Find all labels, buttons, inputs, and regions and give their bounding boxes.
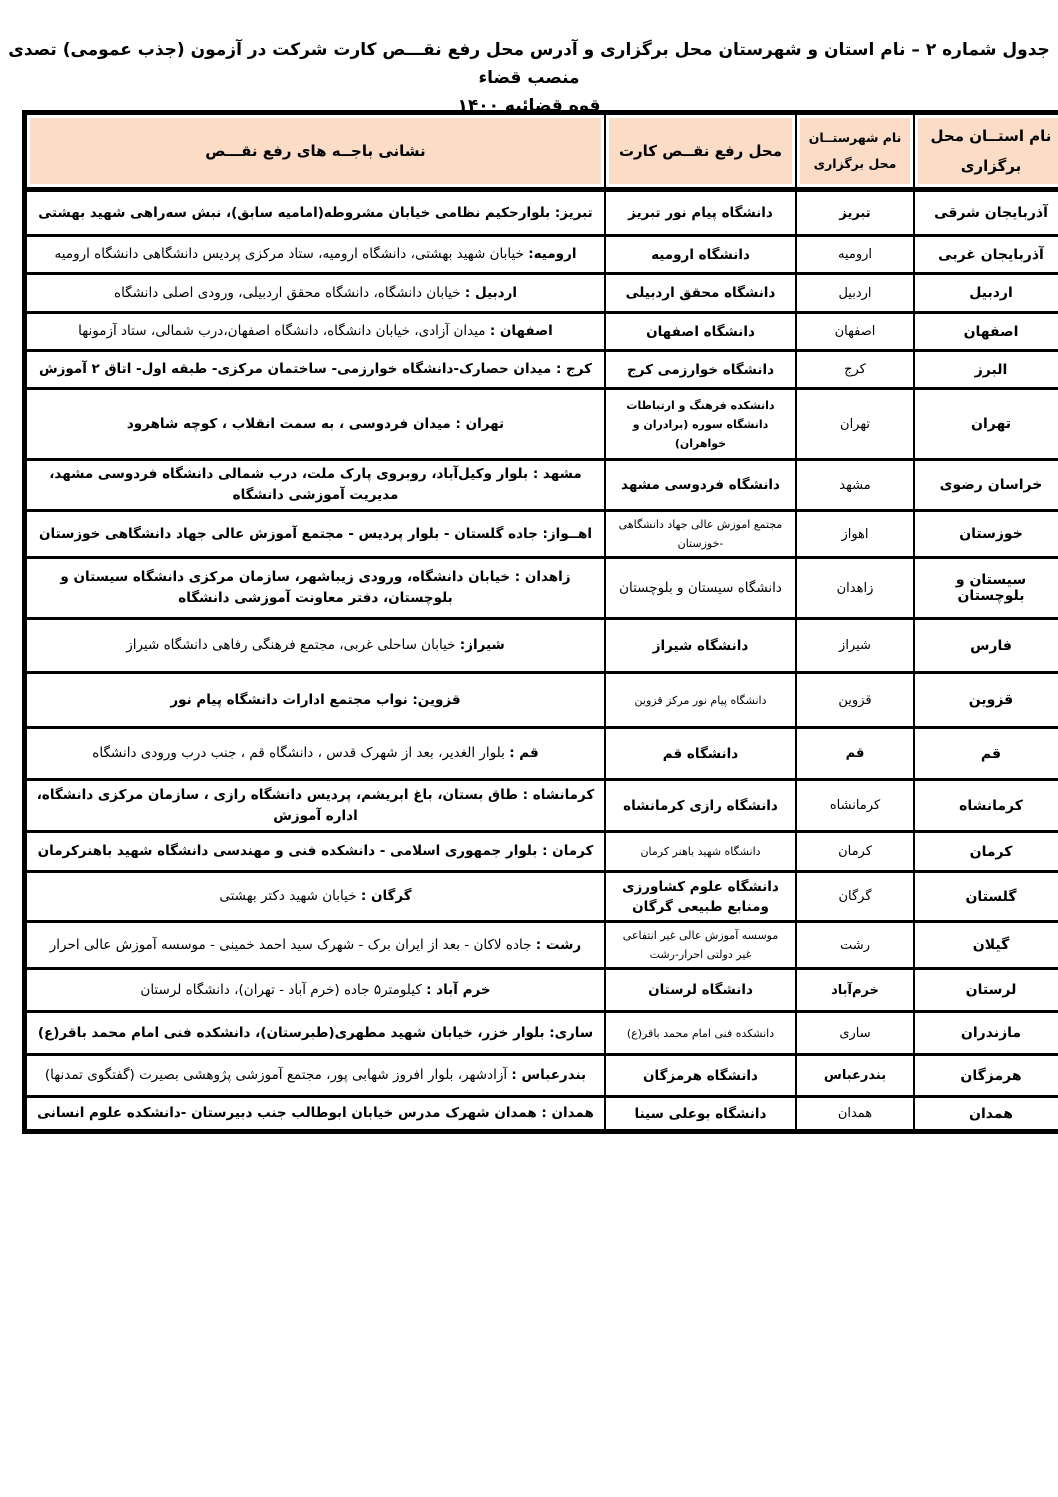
table-row: خوزستاناهوازمجتمع اموزش عالی جهاد دانشگا…: [25, 511, 1058, 558]
address-city-label: خرم آباد :: [426, 982, 491, 998]
cell-booth-address: خرم آباد : کیلومتر۵ جاده (خرم آباد - تهر…: [25, 969, 606, 1012]
cell-province: گلستان: [914, 872, 1058, 922]
address-text: خیابان شهید دکتر بهشتی: [219, 888, 361, 904]
cell-booth-address: رشت : جاده لاکان - بعد از ایران برک - شه…: [25, 922, 606, 969]
cell-province: همدان: [914, 1097, 1058, 1132]
address-city-label: اصفهان :: [490, 323, 553, 339]
cell-defect-fix-location: دانشگاه فردوسی مشهد: [605, 460, 796, 511]
cell-city: تبریز: [796, 190, 914, 236]
cell-booth-address: ساری: بلوار خزر، خیابان شهید مطهری(طبرست…: [25, 1012, 606, 1055]
address-text: خیابان دانشگاه، دانشگاه محقق اردبیلی، ور…: [114, 285, 465, 301]
address-text: بلوار وکیل‌آباد، روبروی پارک ملت، درب شم…: [49, 466, 533, 503]
address-text: جاده گلستان - بلوار پردیس - مجتمع آموزش …: [39, 526, 543, 542]
address-text: همدان شهرک مدرس خیابان ابوطالب جنب دبیرس…: [37, 1105, 541, 1121]
table-row: گلستانگرگاندانشگاه علوم کشاورزی ومنابع ط…: [25, 872, 1058, 922]
table-row: تهرانتهراندانشکده فرهنگ و ارتباطات دانشگ…: [25, 389, 1058, 460]
cell-booth-address: بندرعباس : آزادشهر، بلوار افروز شهابی پو…: [25, 1055, 606, 1097]
table-row: سیستان و بلوچستانزاهداندانشگاه سیستان و …: [25, 558, 1058, 619]
cell-defect-fix-location: دانشگاه خوارزمی کرج: [605, 351, 796, 389]
cell-defect-fix-location: دانشگاه بوعلی سینا: [605, 1097, 796, 1132]
cell-province: کرمانشاه: [914, 780, 1058, 832]
address-city-label: تبریز:: [555, 205, 593, 221]
table-body: آذربایجان شرقیتبریزدانشگاه پیام نور تبری…: [25, 190, 1058, 1132]
cell-city: قم: [796, 728, 914, 780]
address-city-label: گرگان :: [361, 888, 412, 904]
cell-defect-fix-location: موسسه آموزش عالی غیر انتفاعی غیر دولتی ا…: [605, 922, 796, 969]
address-text: میدان آزادی، خیابان دانشگاه، دانشگاه اصف…: [78, 323, 490, 339]
cell-booth-address: مشهد : بلوار وکیل‌آباد، روبروی پارک ملت،…: [25, 460, 606, 511]
cell-city: قزوین: [796, 673, 914, 728]
cell-defect-fix-location: دانشگاه علوم کشاورزی ومنابع طبیعی گرگان: [605, 872, 796, 922]
address-text: بلوار جمهوری اسلامی - دانشکده فنی و مهند…: [38, 843, 542, 859]
table-row: آذربایجان غربیارومیهدانشگاه ارومیهارومیه…: [25, 236, 1058, 274]
cell-booth-address: اصفهان : میدان آزادی، خیابان دانشگاه، دا…: [25, 313, 606, 351]
address-city-label: قم :: [509, 745, 539, 761]
document-title: جدول شماره ۲ – نام استان و شهرستان محل ب…: [0, 36, 1058, 120]
cell-booth-address: ارومیه: خیابان شهید بهشتی، دانشگاه ارومی…: [25, 236, 606, 274]
cell-booth-address: همدان : همدان شهرک مدرس خیابان ابوطالب ج…: [25, 1097, 606, 1132]
cell-defect-fix-location: دانشگاه هرمزگان: [605, 1055, 796, 1097]
cell-city: همدان: [796, 1097, 914, 1132]
cell-booth-address: زاهدان : خیابان دانشگاه، ورودی زیباشهر، …: [25, 558, 606, 619]
cell-province: آذربایجان غربی: [914, 236, 1058, 274]
cell-defect-fix-location: دانشگاه قم: [605, 728, 796, 780]
header-province: نام استــان محل برگزاری: [914, 113, 1058, 190]
cell-city: کرمان: [796, 832, 914, 872]
cell-booth-address: کرمان : بلوار جمهوری اسلامی - دانشکده فن…: [25, 832, 606, 872]
table-row: البرزکرجدانشگاه خوارزمی کرجکرج : میدان ح…: [25, 351, 1058, 389]
cell-province: فارس: [914, 619, 1058, 673]
cell-city: اصفهان: [796, 313, 914, 351]
cell-province: تهران: [914, 389, 1058, 460]
table-row: کرمانشاهکرمانشاهدانشگاه رازی کرمانشاهکرم…: [25, 780, 1058, 832]
address-city-label: تهران :: [455, 416, 504, 432]
cell-booth-address: قم : بلوار الغدیر، بعد از شهرک قدس ، دان…: [25, 728, 606, 780]
cell-city: مشهد: [796, 460, 914, 511]
cell-city: اهواز: [796, 511, 914, 558]
cell-booth-address: کرمانشاه : طاق بستان، باغ ابریشم، پردیس …: [25, 780, 606, 832]
header-city: نام شهرستــان محل برگزاری: [796, 113, 914, 190]
cell-defect-fix-location: دانشگاه شهید باهنر کرمان: [605, 832, 796, 872]
address-city-label: کرمانشاه :: [523, 787, 595, 803]
cell-city: اردبیل: [796, 274, 914, 313]
address-city-label: مشهد :: [533, 466, 582, 482]
cell-city: کرج: [796, 351, 914, 389]
address-city-label: بندرعباس :: [511, 1067, 586, 1083]
address-text: جاده لاکان - بعد از ایران برک - شهرک سید…: [50, 937, 536, 953]
cell-defect-fix-location: دانشکده فنی امام محمد باقر(ع): [605, 1012, 796, 1055]
cell-city: ارومیه: [796, 236, 914, 274]
cell-booth-address: شیراز: خیابان ساحلی غربی، مجتمع فرهنگی ر…: [25, 619, 606, 673]
address-city-label: قزوین:: [412, 692, 460, 708]
cell-booth-address: اهــواز: جاده گلستان - بلوار پردیس - مجت…: [25, 511, 606, 558]
address-city-label: همدان :: [541, 1105, 593, 1121]
cell-defect-fix-location: دانشگاه سیستان و بلوچستان: [605, 558, 796, 619]
cell-province: اصفهان: [914, 313, 1058, 351]
address-text: میدان فردوسی ، به سمت انقلاب ، کوچه شاهر…: [127, 416, 456, 432]
cell-province: آذربایجان شرقی: [914, 190, 1058, 236]
cell-defect-fix-location: دانشگاه ارومیه: [605, 236, 796, 274]
table-row: مازندرانساریدانشکده فنی امام محمد باقر(ع…: [25, 1012, 1058, 1055]
page: جدول شماره ۲ – نام استان و شهرستان محل ب…: [0, 0, 1058, 1497]
cell-city: شیراز: [796, 619, 914, 673]
table-row: همدانهمداندانشگاه بوعلی سیناهمدان : همدا…: [25, 1097, 1058, 1132]
table-header: نام استــان محل برگزاری نام شهرستــان مح…: [25, 113, 1058, 190]
cell-booth-address: قزوین: نواب مجتمع ادارات دانشگاه پیام نو…: [25, 673, 606, 728]
exam-locations-table: نام استــان محل برگزاری نام شهرستــان مح…: [22, 110, 1058, 1134]
table-row: آذربایجان شرقیتبریزدانشگاه پیام نور تبری…: [25, 190, 1058, 236]
table-row: لرستانخرم‌آباددانشگاه لرستانخرم آباد : ک…: [25, 969, 1058, 1012]
cell-province: سیستان و بلوچستان: [914, 558, 1058, 619]
address-city-label: ساری:: [549, 1025, 593, 1041]
cell-defect-fix-location: دانشگاه پیام نور مرکز قزوین: [605, 673, 796, 728]
cell-booth-address: گرگان : خیابان شهید دکتر بهشتی: [25, 872, 606, 922]
cell-city: خرم‌آباد: [796, 969, 914, 1012]
header-center: محل رفع نقــص کارت: [605, 113, 796, 190]
cell-city: تهران: [796, 389, 914, 460]
address-city-label: اردبیل :: [465, 285, 517, 301]
table-row: هرمزگانبندرعباسدانشگاه هرمزگانبندرعباس :…: [25, 1055, 1058, 1097]
address-text: نواب مجتمع ادارات دانشگاه پیام نور: [170, 692, 412, 708]
address-text: آزادشهر، بلوار افروز شهابی پور، مجتمع آم…: [45, 1067, 512, 1083]
table-row: کرمانکرماندانشگاه شهید باهنر کرمانکرمان …: [25, 832, 1058, 872]
address-text: خیابان ساحلی غربی، مجتمع فرهنگی رفاهی دا…: [126, 637, 460, 653]
table-row: قزوینقزویندانشگاه پیام نور مرکز قزوینقزو…: [25, 673, 1058, 728]
title-line-1: جدول شماره ۲ – نام استان و شهرستان محل ب…: [0, 36, 1058, 92]
table-row: قمقمدانشگاه قمقم : بلوار الغدیر، بعد از …: [25, 728, 1058, 780]
address-text: طاق بستان، باغ ابریشم، پردیس دانشگاه راز…: [37, 787, 523, 824]
table-row: اصفهاناصفهاندانشگاه اصفهاناصفهان : میدان…: [25, 313, 1058, 351]
cell-province: خوزستان: [914, 511, 1058, 558]
cell-defect-fix-location: دانشگاه شیراز: [605, 619, 796, 673]
cell-defect-fix-location: دانشکده فرهنگ و ارتباطات دانشگاه سوره (ب…: [605, 389, 796, 460]
cell-province: گیلان: [914, 922, 1058, 969]
cell-province: قزوین: [914, 673, 1058, 728]
cell-province: کرمان: [914, 832, 1058, 872]
address-text: بلوارحکیم نظامی خیابان مشروطه(امامیه ساب…: [38, 205, 555, 221]
header-row: نام استــان محل برگزاری نام شهرستــان مح…: [25, 113, 1058, 190]
address-text: خیابان شهید بهشتی، دانشگاه ارومیه، ستاد …: [55, 246, 529, 262]
cell-city: کرمانشاه: [796, 780, 914, 832]
cell-city: رشت: [796, 922, 914, 969]
address-city-label: کرج :: [556, 361, 592, 377]
cell-city: زاهدان: [796, 558, 914, 619]
cell-defect-fix-location: دانشگاه لرستان: [605, 969, 796, 1012]
cell-province: قم: [914, 728, 1058, 780]
table-row: اردبیلاردبیلدانشگاه محقق اردبیلیاردبیل :…: [25, 274, 1058, 313]
cell-booth-address: تهران : میدان فردوسی ، به سمت انقلاب ، ک…: [25, 389, 606, 460]
address-city-label: رشت :: [536, 937, 581, 953]
cell-province: هرمزگان: [914, 1055, 1058, 1097]
address-text: خیابان دانشگاه، ورودی زیباشهر، سازمان مر…: [60, 569, 514, 606]
cell-city: بندرعباس: [796, 1055, 914, 1097]
address-text: بلوار خزر، خیابان شهید مطهری(طبرستان)، د…: [38, 1025, 549, 1041]
cell-booth-address: اردبیل : خیابان دانشگاه، دانشگاه محقق ار…: [25, 274, 606, 313]
cell-province: خراسان رضوی: [914, 460, 1058, 511]
header-address: نشانی باجــه های رفع نقـــص: [25, 113, 606, 190]
cell-city: ساری: [796, 1012, 914, 1055]
cell-defect-fix-location: دانشگاه اصفهان: [605, 313, 796, 351]
cell-city: گرگان: [796, 872, 914, 922]
cell-defect-fix-location: دانشگاه پیام نور تبریز: [605, 190, 796, 236]
cell-province: لرستان: [914, 969, 1058, 1012]
address-city-label: اهــواز:: [543, 526, 592, 542]
table-row: گیلانرشتموسسه آموزش عالی غیر انتفاعی غیر…: [25, 922, 1058, 969]
table-row: خراسان رضویمشهددانشگاه فردوسی مشهدمشهد :…: [25, 460, 1058, 511]
cell-province: اردبیل: [914, 274, 1058, 313]
address-text: بلوار الغدیر، بعد از شهرک قدس ، دانشگاه …: [92, 745, 509, 761]
address-city-label: شیراز:: [460, 637, 505, 653]
cell-booth-address: کرج : میدان حصارک-دانشگاه خوارزمی- ساختم…: [25, 351, 606, 389]
address-text: کیلومتر۵ جاده (خرم آباد - تهران)، دانشگا…: [140, 982, 426, 998]
cell-defect-fix-location: دانشگاه محقق اردبیلی: [605, 274, 796, 313]
cell-booth-address: تبریز: بلوارحکیم نظامی خیابان مشروطه(اما…: [25, 190, 606, 236]
table-row: فارسشیرازدانشگاه شیرازشیراز: خیابان ساحل…: [25, 619, 1058, 673]
cell-province: البرز: [914, 351, 1058, 389]
address-text: میدان حصارک-دانشگاه خوارزمی- ساختمان مرک…: [39, 361, 556, 377]
address-city-label: ارومیه:: [528, 246, 576, 262]
address-city-label: کرمان :: [542, 843, 593, 859]
address-city-label: زاهدان :: [515, 569, 571, 585]
cell-province: مازندران: [914, 1012, 1058, 1055]
cell-defect-fix-location: دانشگاه رازی کرمانشاه: [605, 780, 796, 832]
cell-defect-fix-location: مجتمع اموزش عالی جهاد دانشگاهی -خوزستان: [605, 511, 796, 558]
